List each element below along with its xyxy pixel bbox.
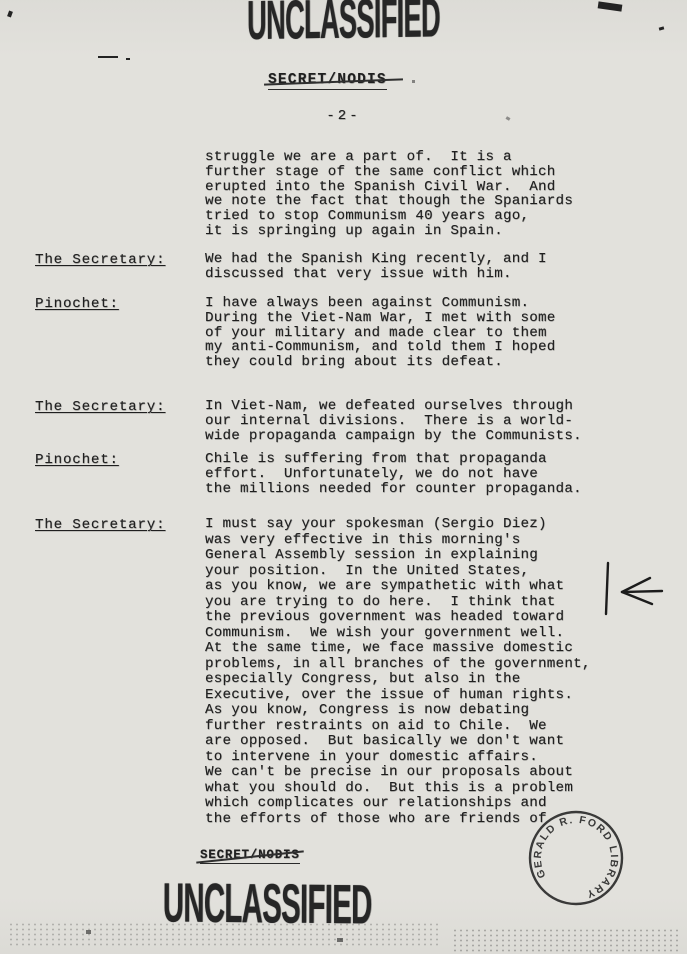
speech-text: In Viet-Nam, we defeated ourselves throu… <box>205 399 661 443</box>
unclassified-stamp-top: UNCLASSIFIED <box>110 0 577 55</box>
speech-text: struggle we are a part of. It is a furth… <box>205 150 661 239</box>
left-arrow-icon <box>606 563 662 614</box>
speaker-label: The Secretary: <box>35 252 205 268</box>
speaker-label: Pinochet: <box>35 452 205 468</box>
speaker-label: The Secretary: <box>35 399 205 415</box>
dialogue-entry: struggle we are a part of. It is a furth… <box>35 150 661 239</box>
dialogue-entry: Pinochet: I have always been against Com… <box>35 296 661 370</box>
dialogue-entry: The Secretary: We had the Spanish King r… <box>35 252 661 282</box>
page-number: -2- <box>0 108 687 124</box>
speech-text: Chile is suffering from that propaganda … <box>205 452 661 496</box>
dialogue-entry: The Secretary: I must say your spokesman… <box>35 517 661 827</box>
speaker-label: Pinochet: <box>35 296 205 312</box>
dialogue-entry: The Secretary: In Viet-Nam, we defeated … <box>35 399 661 443</box>
margin-line <box>606 563 608 614</box>
document-page: UNCLASSIFIED SECRET/NODIS -2- struggle w… <box>0 0 687 954</box>
margin-annotation <box>594 556 666 622</box>
classification-footer: SECRET/NODIS <box>200 848 300 864</box>
dialogue-entry: Pinochet: Chile is suffering from that p… <box>35 452 661 496</box>
speaker-label: The Secretary: <box>35 517 205 533</box>
speech-text: I have always been against Communism. Du… <box>205 296 661 370</box>
classification-header: SECRET/NODIS <box>268 72 387 90</box>
speech-text: We had the Spanish King recently, and I … <box>205 252 661 282</box>
